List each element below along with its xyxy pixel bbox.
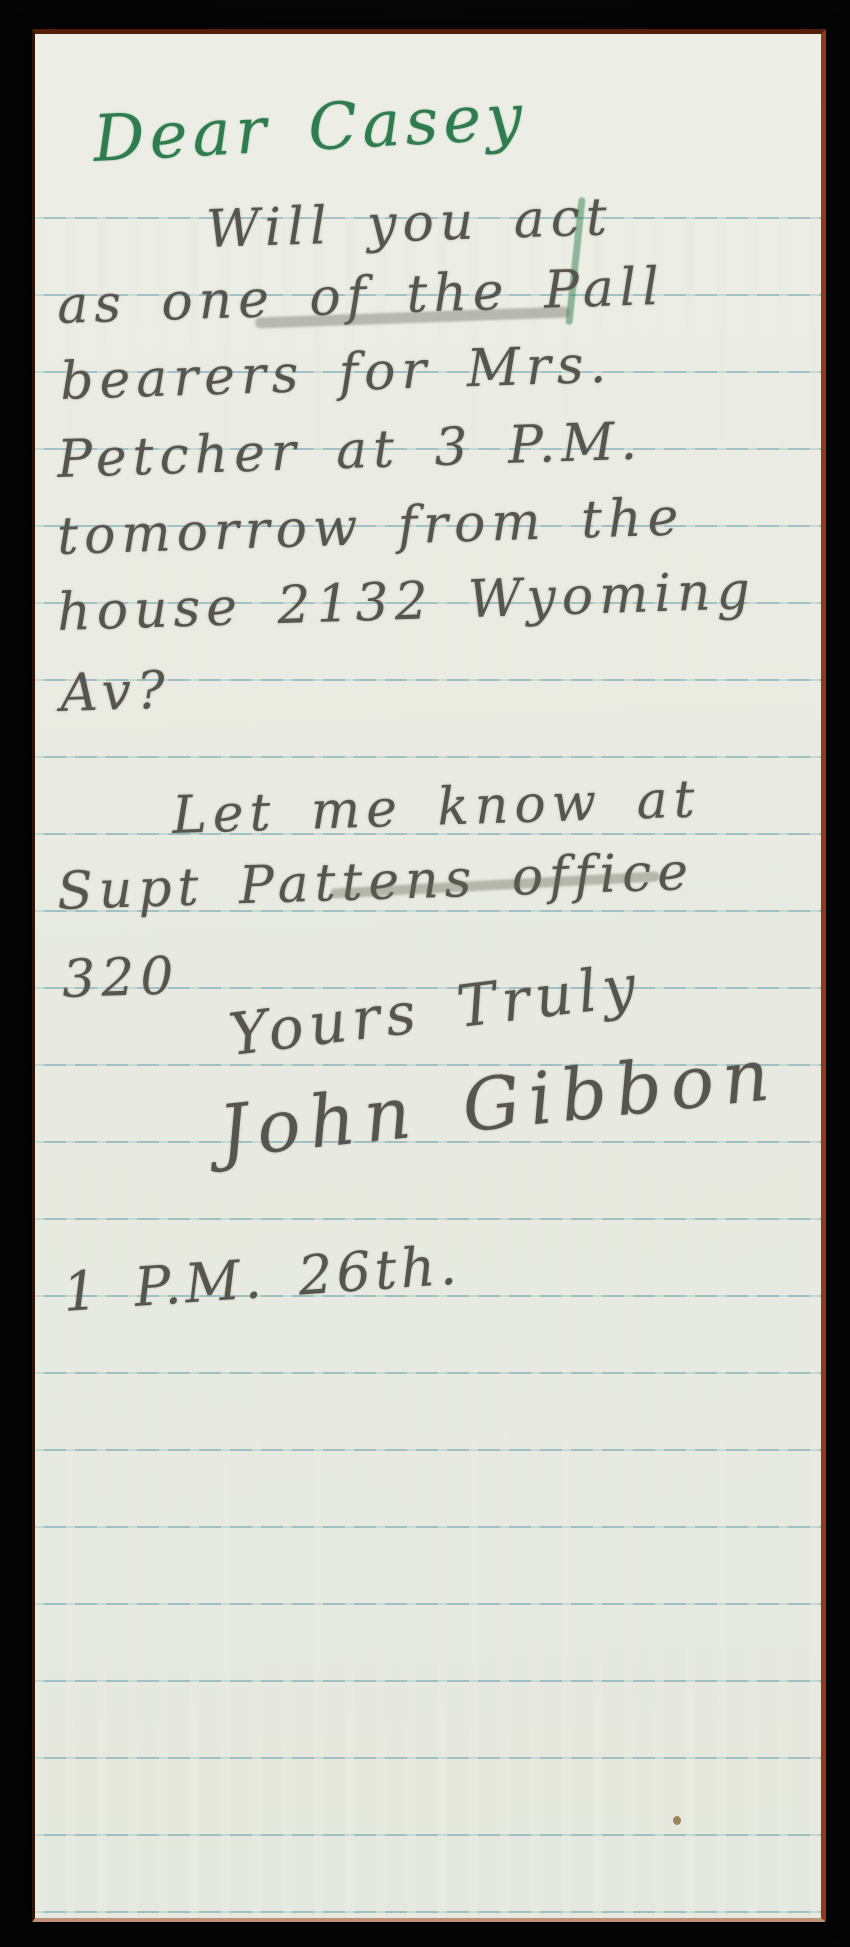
scan-background: Dear Casey Will you act as one of the Pa… [0,0,850,1947]
greeting-line: Dear Casey [92,85,529,172]
body-line-10: 320 [61,950,180,1006]
body-line-1: Will you act [205,191,613,256]
paper-speck [673,1816,681,1825]
body-line-8: Let me know at [171,773,701,842]
letter-paper: Dear Casey Will you act as one of the Pa… [32,29,826,1922]
body-line-7: Av? [59,665,171,720]
